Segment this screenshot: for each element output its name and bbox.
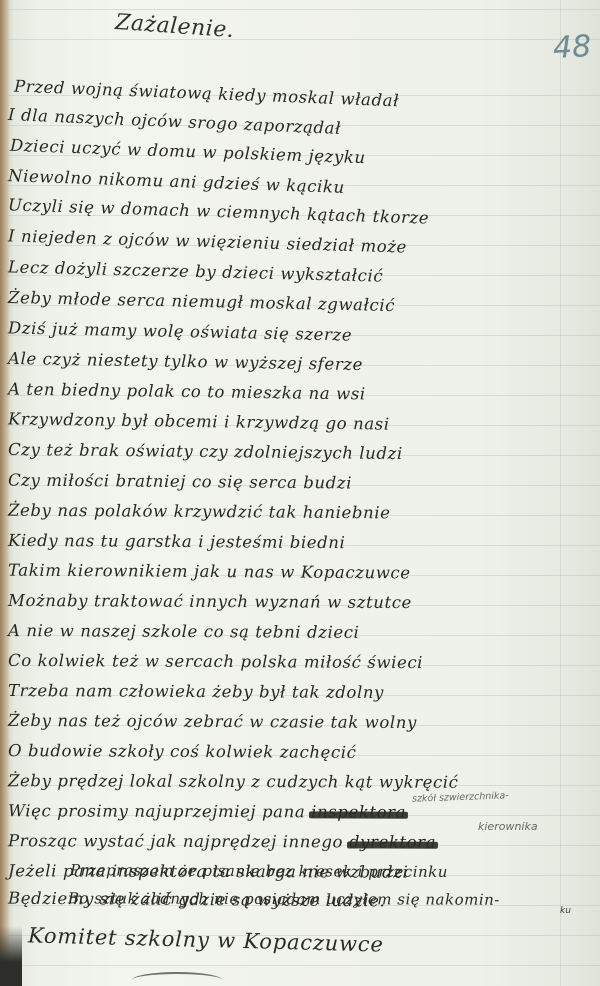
- letter-line: Żeby nas też ojców zebrać w czasie tak w…: [8, 711, 417, 732]
- postscript-line: Przepraszam że pisanie bez kresek i prze…: [70, 861, 448, 881]
- letter-line: O budowie szkoły coś kolwiek zachęcić: [8, 741, 357, 762]
- document-title: Zażalenie.: [114, 10, 235, 43]
- letter-line: Takim kierownikiem jak u nas w Kopaczuwc…: [8, 561, 411, 583]
- postscript-line: Bo sztuk żadnych nie posiadam uczyłem si…: [68, 889, 500, 909]
- pencil-correction: kierownika: [478, 820, 538, 833]
- letter-line: Żeby młode serca niemugł moskal zgwałcić: [8, 288, 395, 315]
- letter-line: Dzieci uczyć w domu w polskiem języku: [10, 136, 366, 167]
- letter-line: Kiedy nas tu garstka i jesteśmi biedni: [8, 531, 346, 552]
- letter-line: Dziś już mamy wolę oświata się szerze: [8, 318, 353, 344]
- letter-line: I niejeden z ojców w więzieniu siedział …: [8, 226, 407, 256]
- handwritten-letter-page: Zażalenie. 48 Przed wojną światową kiedy…: [0, 0, 600, 986]
- letter-line: Czy miłości bratniej co się serca budzi: [8, 470, 352, 492]
- struck-word: dyrektora: [349, 832, 436, 851]
- letter-line: Żeby nas polaków krzywdzić tak haniebnie: [8, 501, 391, 523]
- letter-line: Uczyli się w domach w ciemnych kątach tk…: [8, 195, 430, 227]
- letter-line: A nie w naszej szkole co są tebni dzieci: [8, 621, 360, 642]
- letter-line: Krzywdzony był obcemi i krzywdzą go nasi: [8, 409, 390, 433]
- letter-line: Możnaby traktować innych wyznań w sztutc…: [8, 591, 412, 612]
- line-text: Prosząc wystać jak najprędzej innego: [8, 831, 343, 851]
- letter-line: Co kolwiek też w sercach polska miłość ś…: [8, 651, 423, 672]
- page-shadow: [0, 926, 22, 986]
- letter-line: I dla naszych ojców srogo zaporządał: [8, 105, 342, 138]
- letter-line: Trzeba nam człowieka żeby był tak zdolny: [8, 681, 384, 702]
- signature-flourish: [132, 972, 222, 986]
- struck-word: inspektora: [311, 802, 406, 821]
- letter-line: Lecz dożyli szczerze by dzieci wykształc…: [8, 257, 384, 285]
- letter-line: Ale czyż niestety tylko w wyższej sferze: [8, 349, 363, 374]
- letter-line: Żeby prędzej lokal szkolny z cudzych kąt…: [8, 771, 459, 792]
- letter-line: Niewolno nikomu ani gdzieś w kąciku: [8, 166, 345, 197]
- letter-line: Prosząc wystać jak najprędzej innego dyr…: [8, 831, 436, 851]
- margin-line: [560, 0, 561, 986]
- page-number: 48: [552, 29, 592, 66]
- line-text: Więc prosimy najuprzejmiej pana: [8, 801, 305, 821]
- letter-line: Czy też brak oświaty czy zdolniejszych l…: [8, 440, 403, 463]
- pencil-correction: szkół szwierzchnika-: [412, 790, 509, 804]
- letter-line: Więc prosimy najuprzejmiej pana inspekto…: [8, 801, 406, 821]
- letter-line: A ten biedny polak co to mieszka na wsi: [8, 380, 366, 404]
- postscript-continuation: ku: [560, 906, 571, 916]
- letter-line: Przed wojną światową kiedy moskal władał: [14, 77, 400, 111]
- signature: Komitet szkolny w Kopaczuwce: [28, 923, 384, 956]
